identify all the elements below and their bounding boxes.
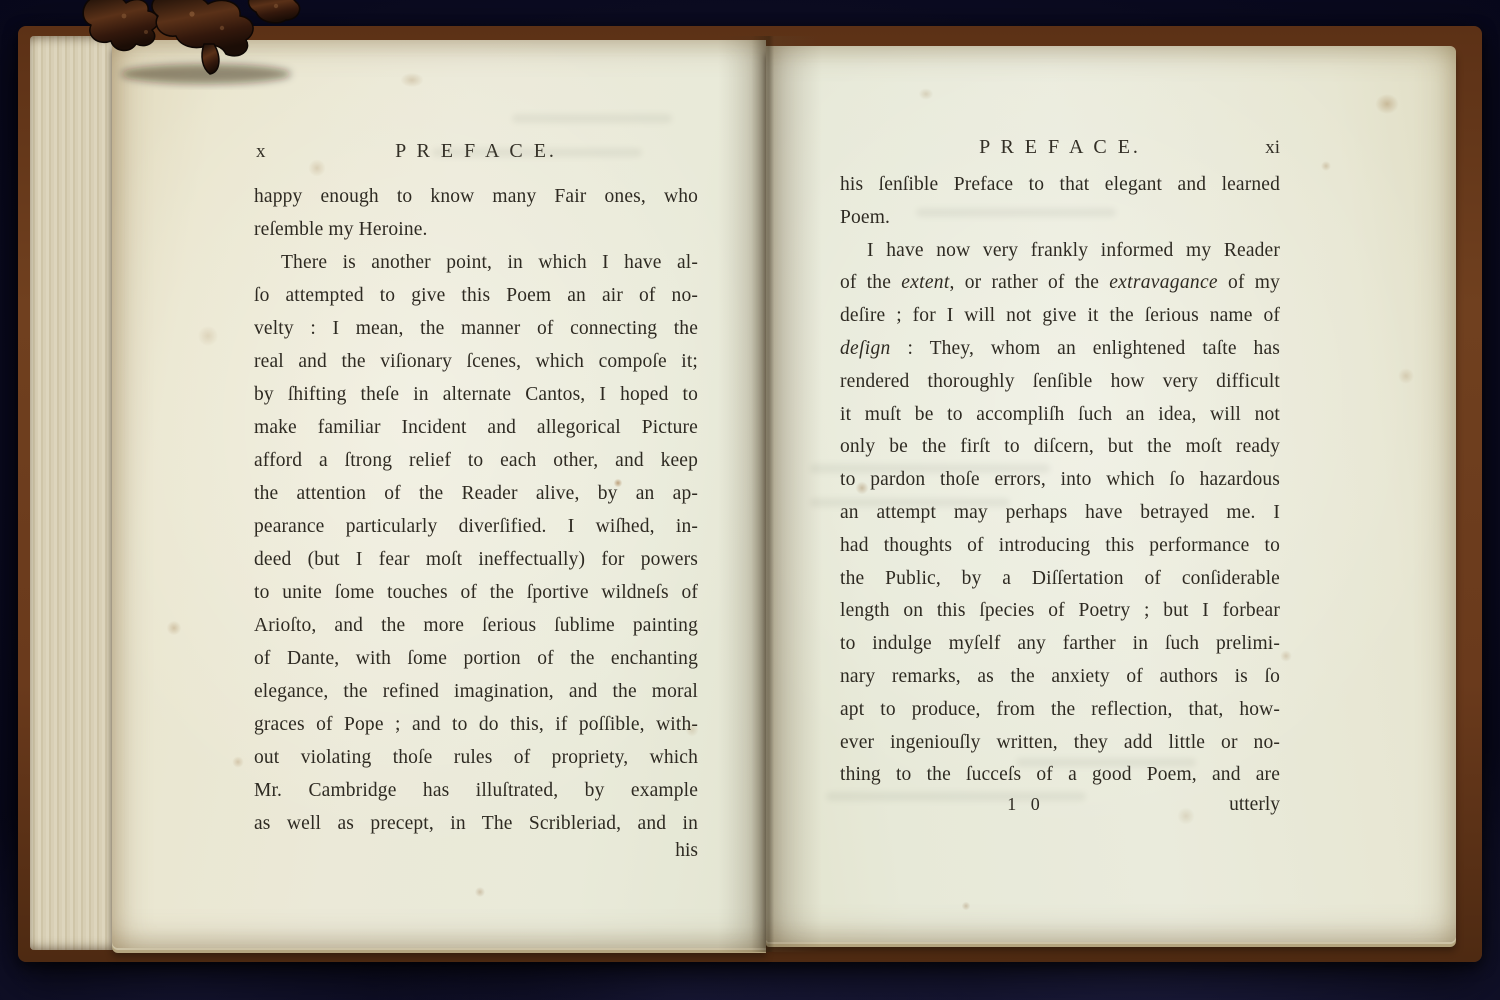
left-header-title: P R E F A C E. [254, 140, 698, 163]
open-book: x P R E F A C E. happy enough to know ma… [18, 26, 1482, 962]
text-line: as well as precept, in The Scribleriad, … [254, 807, 698, 840]
left-running-head: x P R E F A C E. [254, 140, 698, 170]
text-line: Mr. Cambridge has illuſtrated, by exampl… [254, 774, 698, 807]
text-line: thing to the ſucceſs of a good Poem, and… [840, 759, 1280, 792]
text-line: his ſenſible Preface to that elegant and… [840, 169, 1280, 202]
text-line: nary remarks, as the anxiety of authors … [840, 661, 1280, 694]
text-line: There is another point, in which I have … [254, 246, 698, 279]
text-line: ever ingeniouſly written, they add littl… [840, 727, 1280, 760]
text-line: of Dante, with ſome portion of the encha… [254, 642, 698, 675]
text-line: by ſhifting theſe in alternate Cantos, I… [254, 378, 698, 411]
text-line: rendered thoroughly ſenſible how very di… [840, 366, 1280, 399]
text-line: had thoughts of introducing this perform… [840, 530, 1280, 563]
text-line: length on this ſpecies of Poetry ; but I… [840, 595, 1280, 628]
text-line: happy enough to know many Fair ones, who [254, 180, 698, 213]
text-line: I have now very frankly informed my Read… [840, 235, 1280, 268]
text-line: deſire ; for I will not give it the ſeri… [840, 300, 1280, 333]
text-line: real and the viſionary ſcenes, which com… [254, 345, 698, 378]
text-line: of the extent, or rather of the extravag… [840, 267, 1280, 300]
right-page-number: xi [1265, 137, 1280, 159]
text-line: the attention of the Reader alive, by an… [254, 477, 698, 510]
left-text-block: happy enough to know many Fair ones, who… [254, 180, 698, 840]
text-line: afford a ſtrong relief to each other, an… [254, 444, 698, 477]
text-line: pearance particularly diverſified. I wiſ… [254, 510, 698, 543]
text-line: apt to produce, from the reflection, tha… [840, 694, 1280, 727]
right-catchword: utterly [1229, 794, 1280, 816]
text-line: Arioſto, and the more ſerious ſublime pa… [254, 609, 698, 642]
text-line: ſo attempted to give this Poem an air of… [254, 279, 698, 312]
right-bottom-line: 1 0 utterly [840, 794, 1280, 827]
photograph-of-open-book: { "book": { "left_page": { "page_number"… [0, 0, 1500, 1000]
signature-mark: 1 0 [1007, 794, 1045, 815]
right-header-title: P R E F A C E. [840, 136, 1280, 159]
text-line: the Public, by a Diſſertation of conſide… [840, 563, 1280, 596]
text-line: out violating thoſe rules of propriety, … [254, 741, 698, 774]
text-line: reſemble my Heroine. [254, 213, 698, 246]
right-running-head: P R E F A C E. xi [840, 136, 1280, 166]
text-line: make familiar Incident and allegorical P… [254, 411, 698, 444]
text-line: deſign : They, whom an enlightened taſte… [840, 333, 1280, 366]
left-catchword: his [254, 840, 698, 862]
text-line: velty : I mean, the manner of connecting… [254, 312, 698, 345]
text-line: to pardon thoſe errors, into which ſo ha… [840, 464, 1280, 497]
bronze-leaf-bookmark-clip-icon [76, 0, 326, 90]
text-line: to unite ſome touches of the ſportive wi… [254, 576, 698, 609]
show-through-smudge [512, 114, 672, 123]
text-line: deed (but I fear moſt ineffectually) for… [254, 543, 698, 576]
right-text-block: his ſenſible Preface to that elegant and… [840, 169, 1280, 792]
text-line: an attempt may perhaps have betrayed me.… [840, 497, 1280, 530]
text-line: graces of Pope ; and to do this, if poſſ… [254, 708, 698, 741]
page-edge-stack [30, 36, 118, 950]
right-page: P R E F A C E. xi his ſenſible Preface t… [766, 46, 1456, 942]
text-line: to indulge myſelf any farther in ſuch pr… [840, 628, 1280, 661]
text-line: only be the firſt to diſcern, but the mo… [840, 431, 1280, 464]
text-line: Poem. [840, 202, 1280, 235]
text-line: it muſt be to accompliſh ſuch an idea, w… [840, 399, 1280, 432]
text-line: elegance, the refined imagination, and t… [254, 675, 698, 708]
left-page: x P R E F A C E. happy enough to know ma… [112, 40, 766, 948]
